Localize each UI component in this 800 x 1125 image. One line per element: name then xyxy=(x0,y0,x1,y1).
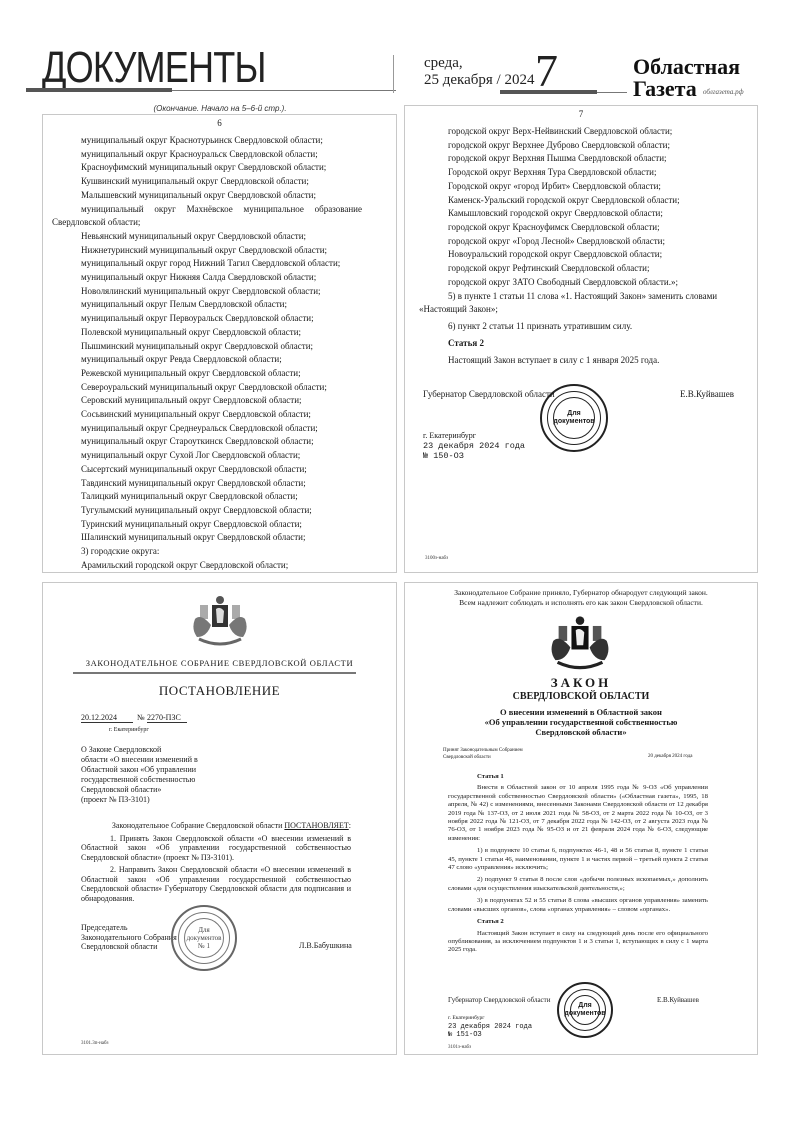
resolution-date: 20.12.2024 xyxy=(81,713,133,723)
list-item: Малышевский муниципальный округ Свердлов… xyxy=(52,189,362,203)
law-title: ЗАКОН xyxy=(405,675,757,691)
masthead-divider xyxy=(393,55,394,93)
resolution-page: ЗАКОНОДАТЕЛЬНОЕ СОБРАНИЕ СВЕРДЛОВСКОЙ ОБ… xyxy=(42,582,397,1055)
list-item: Городской округ Верхняя Тура Свердловско… xyxy=(419,166,724,180)
list-item: Тавдинский муниципальный округ Свердловс… xyxy=(52,477,362,491)
change-3: 3) в подпунктах 52 и 55 статьи 8 слова «… xyxy=(448,897,708,914)
list-item: городской округ Верхнее Дуброво Свердлов… xyxy=(419,139,724,153)
list-item: муниципальный округ Первоуральск Свердло… xyxy=(52,312,362,326)
list-item: Свердловской области» xyxy=(81,785,198,795)
list-item: Нижнетуринский муниципальный округ Сверд… xyxy=(52,244,362,258)
list-item: области «О внесении изменений в xyxy=(81,755,198,765)
doc-type: ПОСТАНОВЛЕНИЕ xyxy=(43,683,396,699)
governor-name: Е.В.Куйвашев xyxy=(680,389,734,399)
document-page-6: 6 муниципальный округ Краснотурьинск Све… xyxy=(42,114,397,573)
governor-title: Губернатор Свердловской области xyxy=(448,996,550,1004)
title-rule-accent xyxy=(26,88,172,92)
article-1-text: Внести в Областной закон от 10 апреля 19… xyxy=(448,784,708,843)
chair-title: ПредседательЗаконодательного СобранияСве… xyxy=(81,923,177,952)
list-item: Серовский муниципальный округ Свердловск… xyxy=(52,394,362,408)
seal-stamp: Длядокументов xyxy=(540,384,608,452)
list-item: городской округ Верхняя Пышма Свердловск… xyxy=(419,152,724,166)
resolution-number: 2270-ПЗС xyxy=(147,713,187,723)
list-item: Полевской муниципальный округ Свердловск… xyxy=(52,326,362,340)
page-number: 7 xyxy=(535,48,558,94)
list-item: муниципальный округ Староуткинск Свердло… xyxy=(52,435,362,449)
stamp-text: Для xyxy=(567,410,581,417)
list-item: Областной закон «Об управлении xyxy=(81,765,198,775)
page-number-rule xyxy=(500,90,597,94)
list-item: Арамильский городской округ Свердловской… xyxy=(52,559,362,573)
city: г. Екатеринбург xyxy=(423,431,476,440)
list-item: муниципальный округ Пелым Свердловской о… xyxy=(52,298,362,312)
date: 25 декабря / 2024 xyxy=(424,72,534,89)
article-2-heading: Статья 2 xyxy=(448,918,708,926)
coat-of-arms-icon xyxy=(542,611,618,673)
footer-code: 3100з-набз xyxy=(425,556,448,561)
header-rule xyxy=(73,672,356,674)
article-2-text: Настоящий Закон вступает в силу с 1 янва… xyxy=(419,354,724,368)
seal-stamp: Длядокументов xyxy=(557,982,613,1038)
law-number: № 150-ОЗ xyxy=(423,451,464,461)
article-2-text: Настоящий Закон вступает в силу на следу… xyxy=(448,930,708,955)
list-item: городской округ Верх-Нейвинский Свердлов… xyxy=(419,125,724,139)
list-item: муниципальный округ Среднеуральск Свердл… xyxy=(52,422,362,436)
brand-logo-line2: Газета xyxy=(633,78,697,100)
adopted-line-1: Принят Законодательным Собранием xyxy=(443,747,523,754)
list-item: Председатель xyxy=(81,923,177,933)
preamble: Законодательное Собрание Свердловской об… xyxy=(81,821,351,831)
list-item: муниципальный округ Ревда Свердловской о… xyxy=(52,353,362,367)
article-1-heading: Статья 1 xyxy=(448,773,708,781)
list-item: муниципальный округ Махнёвское муниципал… xyxy=(52,203,362,217)
continuation-note: (Окончание. Начало на 5–6-й стр.). xyxy=(40,104,400,113)
adopted-date: 20 декабря 2024 года xyxy=(648,754,692,759)
preamble-verb: ПОСТАНОВЛЯЕТ xyxy=(284,821,348,830)
proclamation-line-1: Законодательное Собрание приняло, Губерн… xyxy=(405,588,757,598)
list-item: Пышминский муниципальный округ Свердловс… xyxy=(52,340,362,354)
list-item: муниципальный округ Нижняя Салда Свердло… xyxy=(52,271,362,285)
list-item: Североуральский муниципальный округ Свер… xyxy=(52,381,362,395)
stamp-text: документов xyxy=(553,418,594,425)
list-item: (проект № ПЗ-3101) xyxy=(81,795,198,805)
list-item: Городской округ «город Ирбит» Свердловск… xyxy=(419,180,724,194)
page-number-rule-thin xyxy=(597,92,627,93)
item-6: 6) пункт 2 статьи 11 признать утратившим… xyxy=(419,320,724,334)
stamp-text: № 1 xyxy=(198,942,210,950)
issue-date: среда, 25 декабря / 2024 xyxy=(424,55,534,89)
number-label: № xyxy=(137,713,145,722)
page-label: 6 xyxy=(43,118,396,128)
stamp-text: Для xyxy=(578,1002,592,1009)
list-item: Сысертский муниципальный округ Свердловс… xyxy=(52,463,362,477)
resolution-item-1: 1. Принять Закон Свердловской области «О… xyxy=(81,834,351,863)
list-item: Красноуфимский муниципальный округ Сверд… xyxy=(52,161,362,175)
list-item: Режевской муниципальный округ Свердловск… xyxy=(52,367,362,381)
law-region: СВЕРДЛОВСКОЙ ОБЛАСТИ xyxy=(405,691,757,702)
section-title: ДОКУМЕНТЫ xyxy=(42,46,266,90)
law-number: № 151-ОЗ xyxy=(448,1031,482,1039)
list-item: Невьянский муниципальный округ Свердловс… xyxy=(52,230,362,244)
list-item: муниципальный округ Красноуральск Свердл… xyxy=(52,148,362,162)
list-item: Свердловской области xyxy=(81,942,177,952)
footer-code: 3101.3п-набз xyxy=(81,1041,109,1046)
brand-url: облгазета.рф xyxy=(703,88,744,96)
weekday: среда, xyxy=(424,55,534,72)
list-item: Туринский муниципальный округ Свердловск… xyxy=(52,518,362,532)
stamp-text: Для xyxy=(198,926,210,934)
list-item: Сосьвинский муниципальный округ Свердлов… xyxy=(52,408,362,422)
assembly-name: ЗАКОНОДАТЕЛЬНОЕ СОБРАНИЕ СВЕРДЛОВСКОЙ ОБ… xyxy=(43,658,396,668)
list-item: муниципальный округ Сухой Лог Свердловск… xyxy=(52,449,362,463)
stamp-text: документов xyxy=(187,934,222,942)
brand-logo-line1: Областная xyxy=(633,56,740,78)
resolution-subject: О Законе Свердловскойобласти «О внесении… xyxy=(81,745,198,805)
page-label: 7 xyxy=(405,109,757,119)
law-page: Законодательное Собрание приняло, Губерн… xyxy=(404,582,758,1055)
proclamation-line-2: Всем надлежит соблюдать и исполнять его … xyxy=(405,598,757,608)
city: г. Екатеринбург xyxy=(109,727,149,733)
list-item: Шалинский муниципальный округ Свердловск… xyxy=(52,531,362,545)
chair-name: Л.В.Бабушкина xyxy=(299,941,352,950)
law-name-line-3: Свердловской области» xyxy=(405,727,757,737)
list-item: муниципальный округ город Нижний Тагил С… xyxy=(52,257,362,271)
list-item: Тугулымский муниципальный округ Свердлов… xyxy=(52,504,362,518)
list-item: Новоуральский городской округ Свердловск… xyxy=(419,248,724,262)
list-item: Талицкий муниципальный округ Свердловско… xyxy=(52,490,362,504)
list-item: государственной собственностью xyxy=(81,775,198,785)
item-5: 5) в пункте 1 статьи 11 слова «1. Настоя… xyxy=(419,290,724,304)
law-name-line-2: «Об управлении государственной собственн… xyxy=(405,717,757,727)
list-item: Законодательного Собрания xyxy=(81,933,177,943)
sign-date: 23 декабря 2024 года xyxy=(448,1023,532,1031)
district-list: муниципальный округ Краснотурьинск Сверд… xyxy=(52,134,362,573)
stamp-text: документов xyxy=(564,1010,605,1017)
list-item: О Законе Свердловской xyxy=(81,745,198,755)
coat-of-arms-icon xyxy=(185,591,255,649)
law-name-line-1: О внесении изменений в Областной закон xyxy=(405,707,757,717)
city: г. Екатеринбург xyxy=(448,1015,484,1021)
change-2: 2) подпункт 9 статьи 8 после слов «добыч… xyxy=(448,876,708,893)
list-item: муниципальный округ Краснотурьинск Сверд… xyxy=(52,134,362,148)
list-item: Новолялинский муниципальный округ Свердл… xyxy=(52,285,362,299)
change-1: 1) в подпункте 10 статьи 6, подпунктах 4… xyxy=(448,847,708,872)
list-item: городской округ Красноуфимск Свердловско… xyxy=(419,221,724,235)
list-item: Кушвинский муниципальный округ Свердловс… xyxy=(52,175,362,189)
governor-name: Е.В.Куйвашев xyxy=(657,996,699,1004)
footer-code: 3101з-набз xyxy=(448,1045,471,1050)
item-5-cont: «Настоящий Закон»; xyxy=(419,303,724,317)
list-item: городской округ ЗАТО Свободный Свердловс… xyxy=(419,276,724,290)
list-item: 3) городские округа: xyxy=(52,545,362,559)
city-district-list: городской округ Верх-Нейвинский Свердлов… xyxy=(419,125,724,289)
list-item: Камышловский городской округ Свердловско… xyxy=(419,207,724,221)
adopted-line-2: Свердловской области xyxy=(443,754,523,761)
list-item: городской округ Рефтинский Свердловской … xyxy=(419,262,724,276)
article-2-heading: Статья 2 xyxy=(419,337,724,351)
resolution-item-2: 2. Направить Закон Свердловской области … xyxy=(81,865,351,903)
list-item: Свердловской области; xyxy=(52,216,362,230)
assembly-seal-stamp: Длядокументов№ 1 xyxy=(171,905,237,971)
list-item: городской округ «Город Лесной» Свердловс… xyxy=(419,235,724,249)
list-item: Каменск-Уральский городской округ Свердл… xyxy=(419,194,724,208)
document-page-7: 7 городской округ Верх-Нейвинский Свердл… xyxy=(404,105,758,573)
sign-date: 23 декабря 2024 года xyxy=(423,441,525,451)
governor-title: Губернатор Свердловской области xyxy=(423,389,555,399)
